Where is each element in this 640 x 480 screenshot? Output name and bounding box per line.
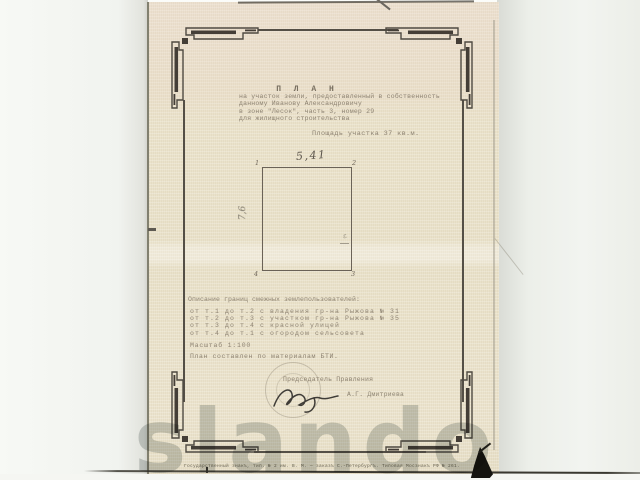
frame-line-left	[183, 100, 185, 402]
intro-line: на участок земли, предоставленный в собс…	[239, 93, 440, 100]
signature-autograph	[270, 384, 348, 416]
boundaries-heading: Описание границ смежных землепользовател…	[188, 296, 360, 303]
intro-line: в зоне "Лесок", часть 3, номер 29	[239, 108, 440, 115]
scan-background-left	[0, 0, 148, 480]
frame-line-top	[258, 29, 398, 31]
corner-ornament-bottom-left	[170, 370, 262, 454]
intro-line: для жилищного строительства	[239, 115, 440, 122]
dimension-top: 5,41	[296, 148, 327, 163]
boundary-line: от т.3 до т.4 с красной улицей	[190, 322, 400, 329]
scan-background-bottom	[0, 474, 640, 480]
source-note: План составлен по материалам БТИ.	[190, 353, 339, 360]
corner-label-1: 1	[255, 159, 259, 167]
edge-smudge	[148, 228, 156, 231]
corner-ornament-bottom-right	[382, 370, 474, 454]
boundary-line: от т.4 до т.1 с огородом сельсовета	[190, 330, 400, 337]
scale-note: Масштаб 1:100	[190, 342, 251, 349]
scan-edge-tick	[206, 467, 208, 473]
frame-line-right	[462, 100, 464, 402]
boundary-line: от т.1 до т.2 с владения гр-на Рыжова № …	[190, 308, 400, 315]
signature-name: А.Г. Дмитриева	[347, 391, 404, 398]
fine-print: Государственный знакъ, тип. № 2 им. В. М…	[150, 464, 494, 469]
scanned-document-photo: П Л А Н на участок земли, предоставленны…	[0, 0, 640, 480]
boundaries-list: от т.1 до т.2 с владения гр-на Рыжова № …	[190, 308, 400, 337]
corner-label-2: 2	[352, 159, 356, 167]
signature-role: Председатель Правления	[283, 376, 373, 383]
intro-paragraph: на участок земли, предоставленный в собс…	[239, 93, 440, 123]
plot-rectangle	[262, 167, 352, 271]
intro-line: данному Иванову Александровичу	[239, 100, 440, 107]
corner-label-4: 4	[254, 270, 258, 278]
dimension-left: 7,6	[238, 206, 248, 220]
scan-background-right	[497, 0, 640, 480]
corner-label-3: 3	[351, 270, 355, 278]
plot-side-tick	[340, 243, 349, 244]
paper-right-edge	[493, 20, 495, 450]
area-note: Площадь участка 37 кв.м.	[312, 130, 420, 138]
